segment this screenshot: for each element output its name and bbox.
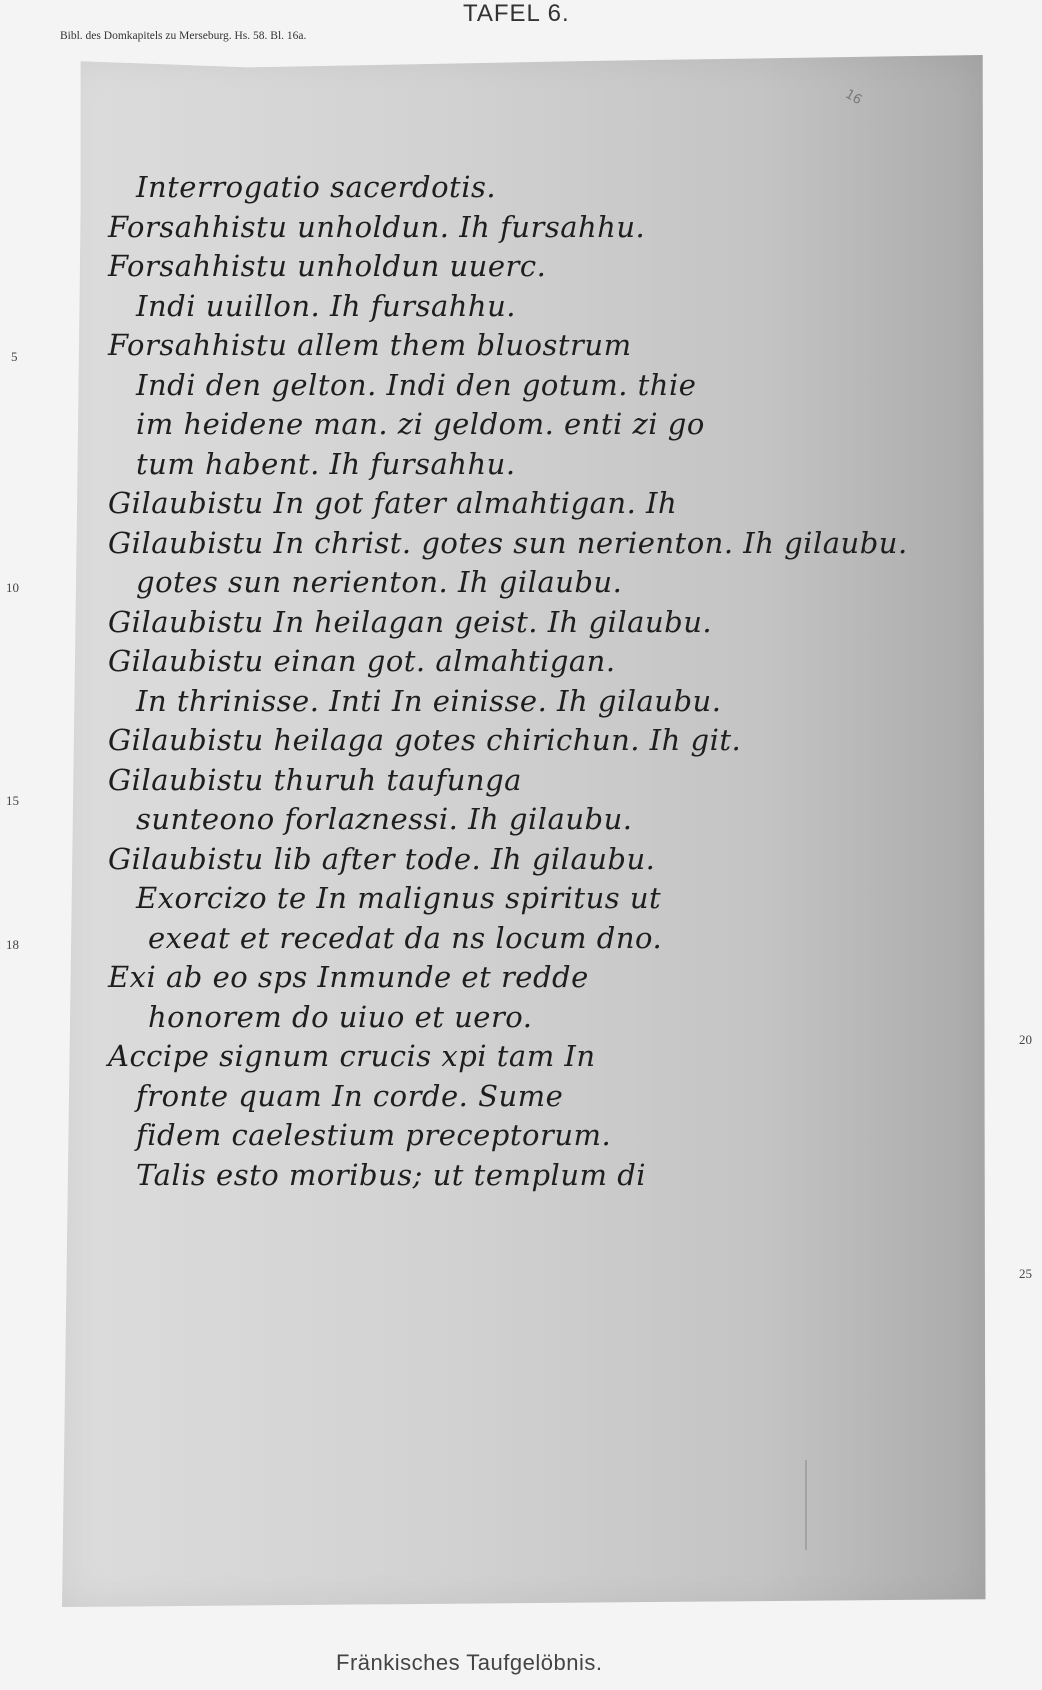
ms-line-1: Interrogatio sacerdotis. bbox=[108, 168, 828, 208]
line-number-left-18: 18 bbox=[6, 937, 19, 953]
line-number-left-15: 15 bbox=[6, 793, 19, 809]
ms-line-16: Gilaubistu thuruh taufunga bbox=[108, 761, 828, 801]
ms-line-17: sunteono forlaznessi. Ih gilaubu. bbox=[108, 800, 828, 840]
ms-line-7: im heidene man. zi geldom. enti zi go bbox=[108, 405, 828, 445]
line-number-right-20: 20 bbox=[1019, 1032, 1032, 1048]
plate-title: TAFEL 6. bbox=[463, 0, 570, 28]
ms-line-11: gotes sun nerienton. Ih gilaubu. bbox=[108, 563, 828, 603]
ms-line-9: Gilaubistu In got fater almahtigan. Ih bbox=[108, 484, 828, 524]
manuscript-text: Interrogatio sacerdotis. Forsahhistu unh… bbox=[108, 168, 828, 1195]
ms-line-10: Gilaubistu In christ. gotes sun neriento… bbox=[108, 524, 828, 564]
ms-line-15: Gilaubistu heilaga gotes chirichun. Ih g… bbox=[108, 721, 828, 761]
ms-line-21: Exi ab eo sps Inmunde et redde bbox=[108, 958, 828, 998]
line-number-right-25: 25 bbox=[1019, 1266, 1032, 1282]
ms-line-26: Talis esto moribus; ut templum di bbox=[108, 1156, 828, 1196]
ms-line-24: fronte quam In corde. Sume bbox=[108, 1077, 828, 1117]
line-number-left-5: 5 bbox=[11, 349, 18, 365]
ms-line-5: Forsahhistu allem them bluostrum bbox=[108, 326, 828, 366]
ms-line-20: exeat et recedat da ns locum dno. bbox=[108, 919, 828, 959]
ms-line-2: Forsahhistu unholdun. Ih fursahhu. bbox=[108, 208, 828, 248]
ms-line-22: honorem do uiuo et uero. bbox=[108, 998, 828, 1038]
ms-line-23: Accipe signum crucis xpi tam In bbox=[108, 1037, 828, 1077]
plate-caption: Fränkisches Taufgelöbnis. bbox=[336, 1650, 602, 1676]
line-number-left-10: 10 bbox=[6, 580, 19, 596]
ms-line-6: Indi den gelton. Indi den gotum. thie bbox=[108, 366, 828, 406]
stain-mark bbox=[805, 1460, 807, 1550]
source-citation: Bibl. des Domkapitels zu Merseburg. Hs. … bbox=[60, 30, 306, 42]
ms-line-8: tum habent. Ih fursahhu. bbox=[108, 445, 828, 485]
ms-line-25: fidem caelestium preceptorum. bbox=[108, 1116, 828, 1156]
ms-line-4: Indi uuillon. Ih fursahhu. bbox=[108, 287, 828, 327]
ms-line-13: Gilaubistu einan got. almahtigan. bbox=[108, 642, 828, 682]
ms-line-3: Forsahhistu unholdun uuerc. bbox=[108, 247, 828, 287]
ms-line-14: In thrinisse. Inti In einisse. Ih gilaub… bbox=[108, 682, 828, 722]
ms-line-19: Exorcizo te In malignus spiritus ut bbox=[108, 879, 828, 919]
ms-line-12: Gilaubistu In heilagan geist. Ih gilaubu… bbox=[108, 603, 828, 643]
ms-line-18: Gilaubistu lib after tode. Ih gilaubu. bbox=[108, 840, 828, 880]
